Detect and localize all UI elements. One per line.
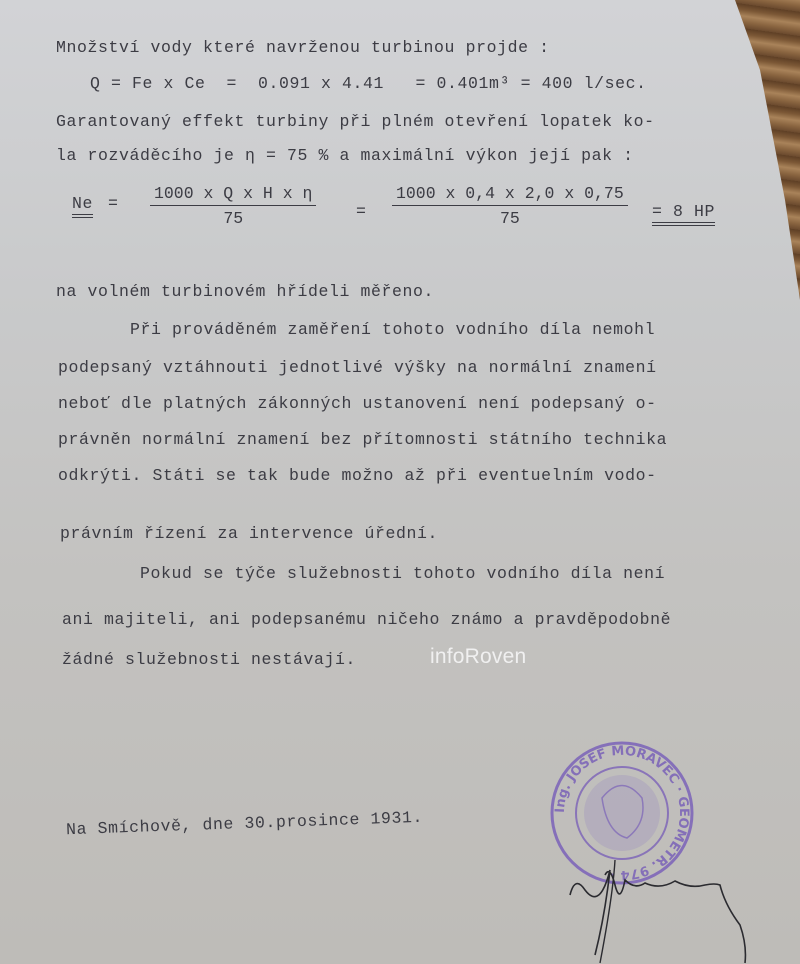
formula-equals-2: = [356, 204, 367, 221]
paragraph2-line-4: právněn normální znamení bez přítomnosti… [58, 432, 667, 449]
paragraph2-line-5: odkrýti. Státi se tak bude možno až při … [58, 468, 657, 485]
fraction-denominator: 75 [392, 206, 628, 228]
paragraph3-line-3: žádné služebnosti nestávají. [62, 652, 356, 669]
paragraph2-line-6: právním řízení za intervence úřední. [60, 526, 438, 543]
doc-line-1: Množství vody které navrženou turbinou p… [56, 40, 550, 57]
paragraph2-line-2: podepsaný vztáhnouti jednotlivé výšky na… [58, 360, 657, 377]
fraction-numerator: 1000 x Q x H x η [150, 184, 316, 206]
fraction-denominator: 75 [150, 206, 316, 228]
formula-fraction-numeric: 1000 x 0,4 x 2,0 x 0,75 75 [392, 184, 628, 228]
paragraph3-line-1: Pokud se týče služebnosti tohoto vodního… [140, 566, 665, 583]
paragraph2-line-3: neboť dle platných zákonných ustanovení … [58, 396, 657, 413]
doc-line-4: la rozváděcího je η = 75 % a maximální v… [56, 148, 634, 165]
watermark: infoRoven [430, 645, 526, 669]
doc-line-paragraph1-end: na volném turbinovém hřídeli měřeno. [56, 284, 434, 301]
paragraph3-line-2: ani majiteli, ani podepsanému ničeho zná… [62, 612, 671, 629]
formula-lhs: Ne [72, 196, 93, 213]
doc-line-3: Garantovaný effekt turbiny při plném ote… [56, 114, 655, 131]
formula-fraction-symbolic: 1000 x Q x H x η 75 [150, 184, 316, 228]
formula-result: = 8 HP [652, 204, 715, 221]
paragraph2-line-1: Při prováděném zaměření tohoto vodního d… [130, 322, 655, 339]
formula-equals-1: = [108, 196, 119, 213]
doc-line-2-flow-formula: Q = Fe x Ce = 0.091 x 4.41 = 0.401m³ = 4… [90, 76, 647, 93]
signature-icon [565, 855, 765, 964]
fraction-numerator: 1000 x 0,4 x 2,0 x 0,75 [392, 184, 628, 206]
